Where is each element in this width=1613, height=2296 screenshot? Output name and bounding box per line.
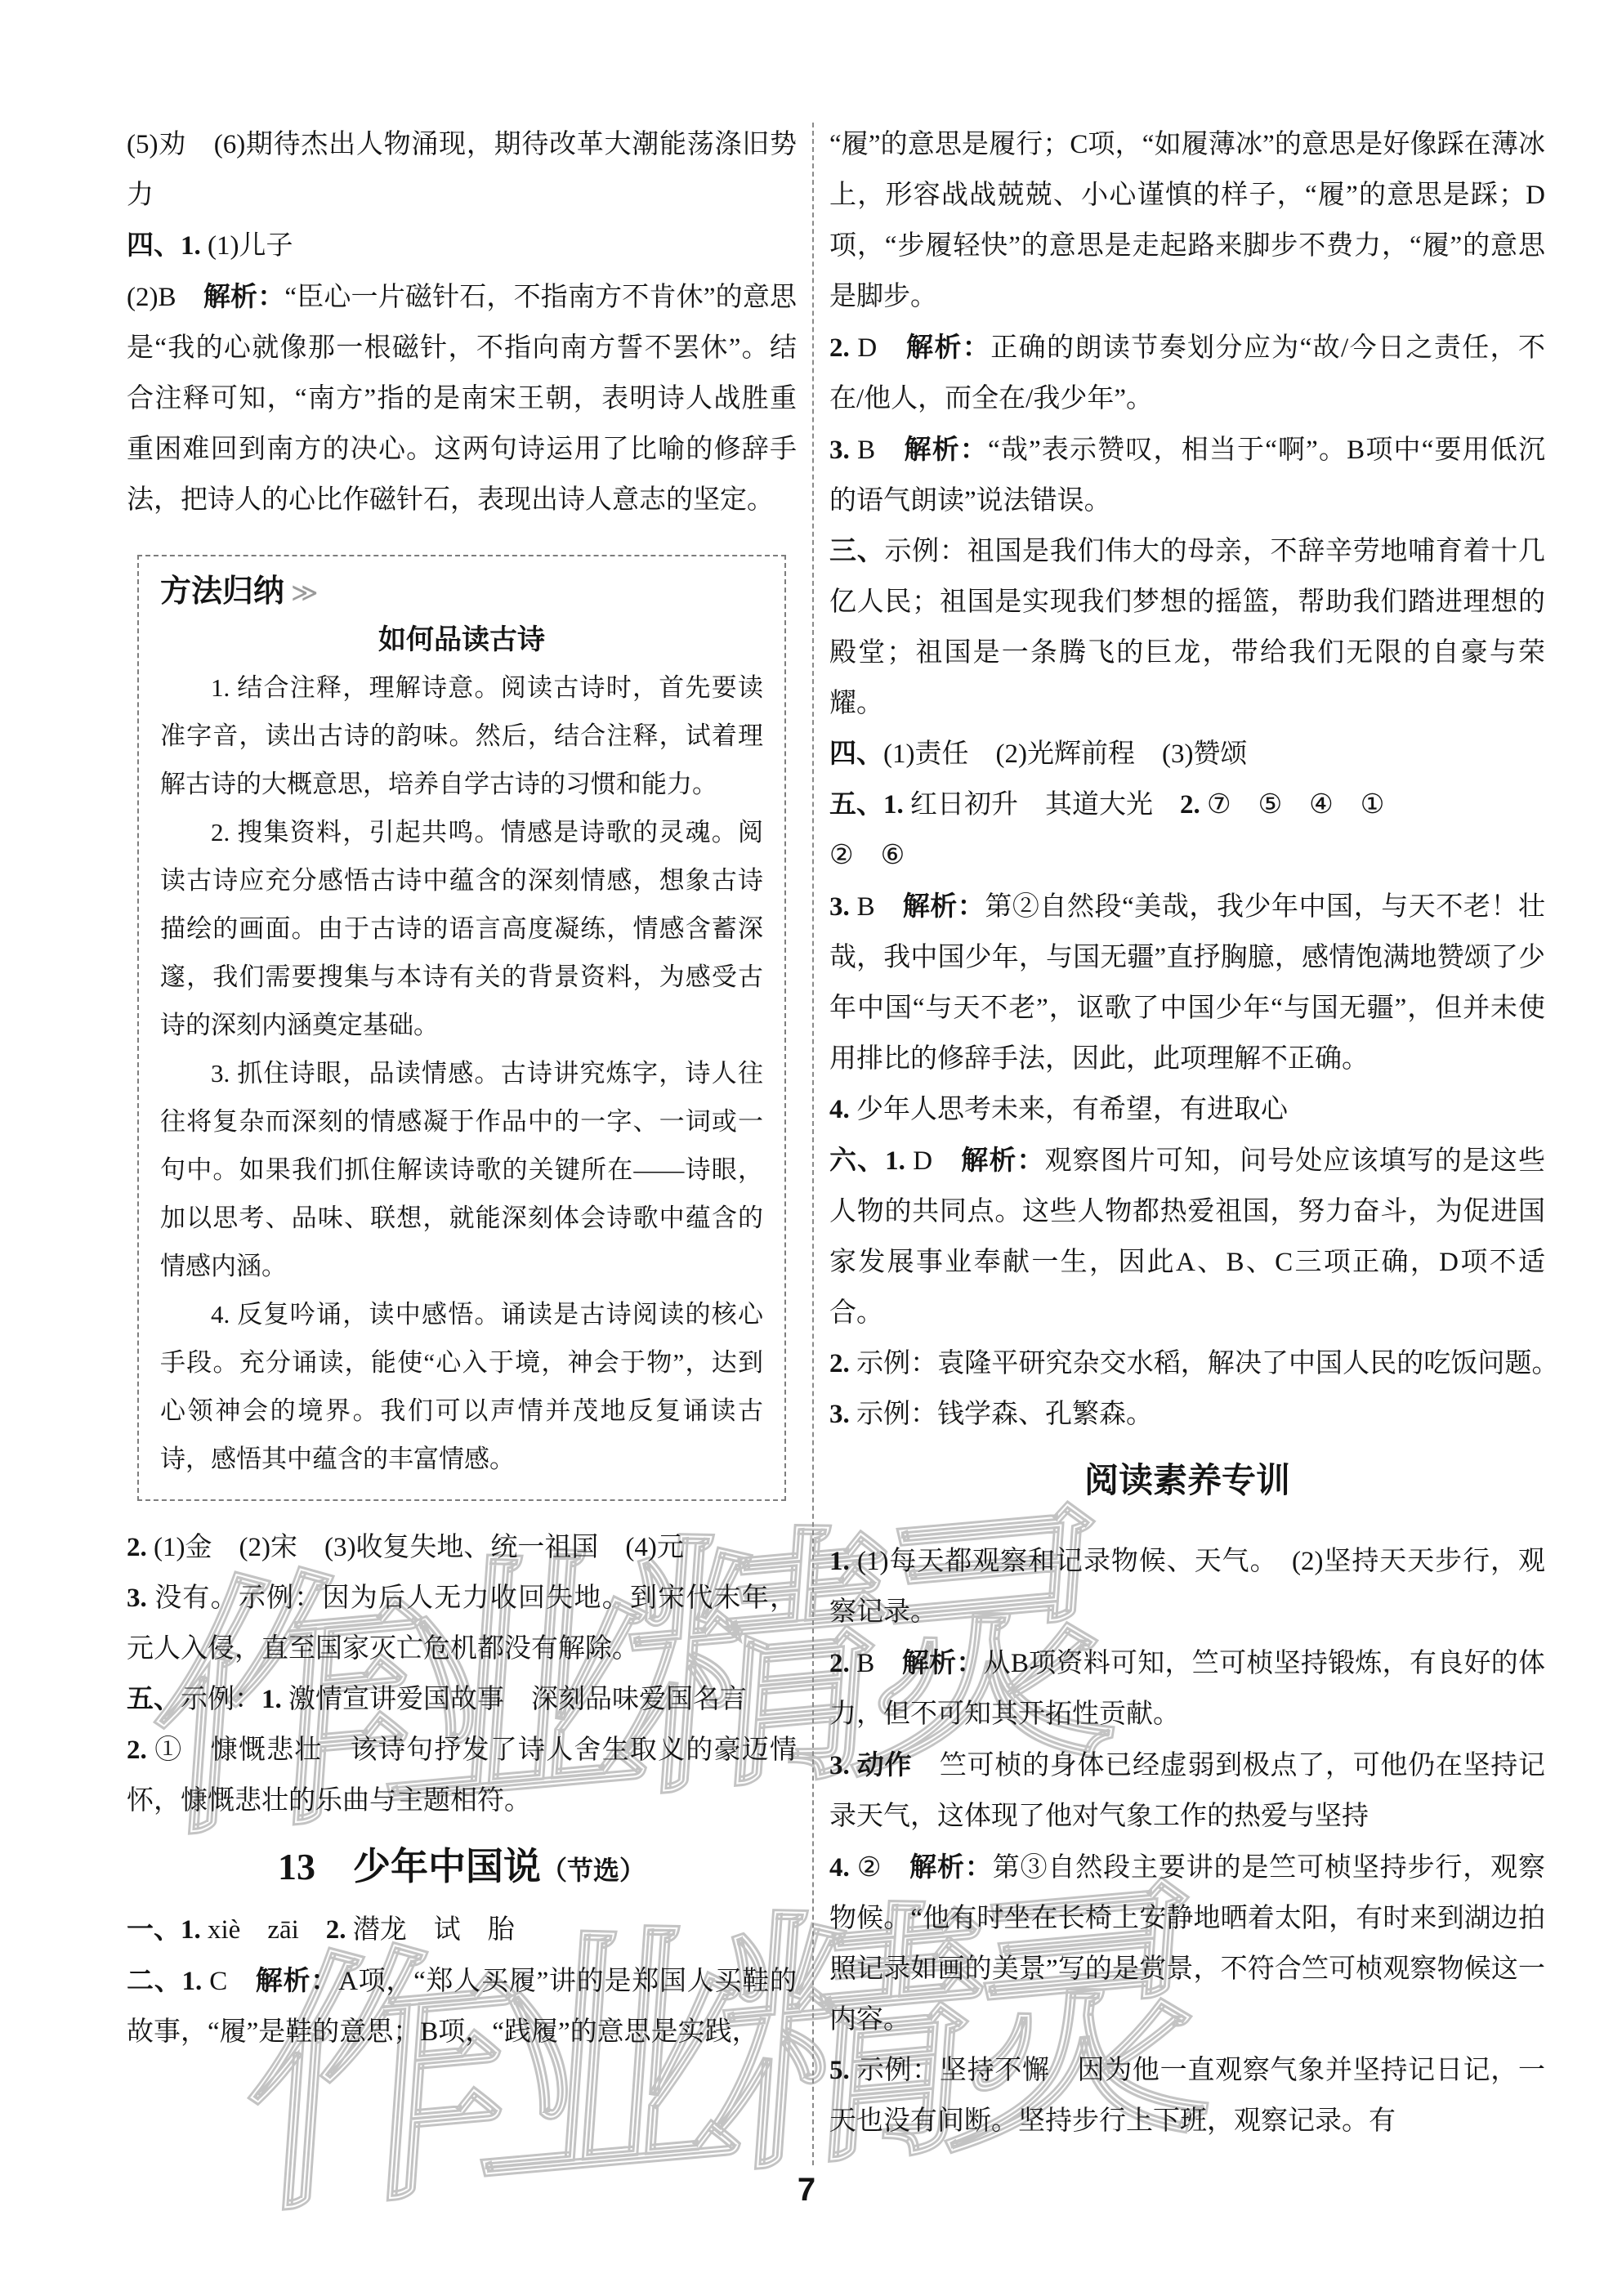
answer-paragraph: 一、1. xiè zāi 2. 潜龙 试 胎 (127, 1905, 797, 1955)
bold-item-number: 5. (829, 2056, 857, 2085)
text-run: 示例：钱学森、孔繁森。 (856, 1400, 1153, 1429)
answer-paragraph: 3. 没有。示例：因为后人无力收回失地。到宋代末年，元人入侵，直至国家灭亡危机都… (127, 1573, 797, 1674)
text-run: (1)每天都观察和记录物候、天气。 (2)坚持天天步行，观察记录。 (829, 1547, 1545, 1627)
text-run: ② ⑥ (829, 841, 905, 870)
answer-paragraph: 1. (1)每天都观察和记录物候、天气。 (2)坚持天天步行，观察记录。 (829, 1536, 1545, 1637)
right-column: “履”的意思是履行；C项，“如履薄冰”的意思是好像踩在薄冰上，形容战战兢兢、小心… (829, 119, 1545, 2146)
page-number: 7 (0, 2172, 1613, 2209)
bold-item-number: 六、1. (829, 1146, 913, 1176)
answer-paragraph: “履”的意思是履行；C项，“如履薄冰”的意思是好像踩在薄冰上，形容战战兢兢、小心… (829, 119, 1545, 322)
answer-paragraph: ② ⑥ (829, 830, 1545, 881)
answer-paragraph: 二、1. C 解析：A项，“郑人买履”讲的是郑国人买鞋的故事，“履”是鞋的意思；… (127, 1955, 797, 2057)
bold-item-number: 2. (829, 1649, 856, 1678)
answer-paragraph: 四、1. (1)儿子 (127, 221, 797, 271)
text-run: 示例：坚持不懈 因为他一直观察气象并坚持记日记，一天也没有间断。坚持步行上下班，… (829, 2056, 1545, 2136)
answer-paragraph: 2. B 解析：从B项资料可知，竺可桢坚持锻炼，有良好的体力，但不可知其开拓性贡… (829, 1637, 1545, 1740)
text-run: (1)责任 (2)光辉前程 (3)赞颂 (883, 739, 1247, 769)
chapter-heading-title: 13 少年中国说 (278, 1846, 541, 1887)
answer-paragraph: 四、(1)责任 (2)光辉前程 (3)赞颂 (829, 729, 1545, 779)
answer-paragraph: 4. 少年人思考未来，有希望，有进取心 (829, 1084, 1545, 1135)
answer-paragraph: 2. D 解析：正确的朗读节奏划分应为“故/今日之责任，不在/他人，而全在/我少… (829, 322, 1545, 424)
section-heading: 阅读素养专训 (829, 1458, 1545, 1503)
bold-item-number: 三、 (829, 537, 884, 566)
bold-sans-label: 解析： (256, 1965, 338, 1995)
bold-item-number: 四、 (829, 739, 883, 769)
method-paragraph: 3. 抓住诗眼，品读情感。古诗讲究炼字，诗人往往将复杂而深刻的情感凝于作品中的一… (160, 1049, 763, 1290)
method-box-title: 方法归纳≫ (160, 568, 763, 616)
bold-item-number: 1. (829, 1547, 857, 1576)
bold-item-number: 2. (326, 1915, 353, 1945)
text-run: 激情宣讲爱国故事 深刻品味爱国名言 (288, 1685, 747, 1714)
bold-item-number: 2. (127, 1533, 154, 1562)
bold-item-number: 2. (127, 1735, 154, 1765)
answer-paragraph: 3. 动作 竺可桢的身体已经虚弱到极点了，可他仍在坚持记录天气，这体现了他对气象… (829, 1740, 1545, 1842)
text-run: “臣心一片磁针石，不指南方不肯休”的意思是“我的心就像那一根磁针，不指向南方誓不… (127, 283, 797, 515)
bold-item-number: 1. (261, 1685, 288, 1714)
text-run: 示例： (181, 1685, 261, 1714)
method-paragraph: 1. 结合注释，理解诗意。阅读古诗时，首先要读准字音，读出古诗的韵味。然后，结合… (160, 663, 763, 808)
text-run: (1)金 (2)宋 (3)收复失地、统一祖国 (4)元 (154, 1533, 684, 1562)
bold-item-number: 3. (829, 1751, 857, 1780)
text-run: 潜龙 试 胎 (353, 1915, 515, 1945)
bold-item-number: 3. (829, 1400, 856, 1429)
bold-sans-label: 解析： (903, 891, 985, 921)
double-chevron-icon: ≫ (291, 578, 319, 607)
bold-sans-label: 解析： (905, 434, 989, 464)
text-run: B (857, 892, 903, 922)
answer-paragraph: 三、示例：祖国是我们伟大的母亲，不辞辛劳地哺育着十几亿人民；祖国是实现我们梦想的… (829, 526, 1545, 729)
bold-item-number: 2. (1180, 790, 1207, 820)
bold-item-number: 3. (127, 1584, 154, 1613)
method-paragraph: 2. 搜集资料，引起共鸣。情感是诗歌的灵魂。阅读古诗应充分感悟古诗中蕴含的深刻情… (160, 808, 763, 1049)
bold-sans-label: 动作 (857, 1749, 912, 1780)
answer-paragraph: 五、示例：1. 激情宣讲爱国故事 深刻品味爱国名言 (127, 1674, 797, 1725)
bold-sans-label: 解析： (906, 332, 990, 362)
bold-item-number: 一、1. (127, 1915, 208, 1945)
column-divider-line (812, 123, 814, 2165)
chapter-heading-subtitle: （节选） (541, 1856, 646, 1885)
bold-item-number: 五、1. (829, 790, 910, 820)
bold-sans-label: 解析： (203, 281, 285, 311)
text-run: (5)劝 (6)期待杰出人物涌现，期待改革大潮能荡涤旧势力 (127, 130, 797, 210)
text-run: D (857, 333, 906, 363)
method-box-subtitle: 如何品读古诗 (160, 616, 763, 663)
text-run: B (857, 436, 904, 465)
text-run: 竺可桢的身体已经虚弱到极点了，可他仍在坚持记录天气，这体现了他对气象工作的热爱与… (829, 1751, 1545, 1831)
answer-paragraph: 5. 示例：坚持不懈 因为他一直观察气象并坚持记日记，一天也没有间断。坚持步行上… (829, 2045, 1545, 2146)
text-run: 没有。示例：因为后人无力收回失地。到宋代末年，元人入侵，直至国家灭亡危机都没有解… (127, 1584, 797, 1664)
left-column: (5)劝 (6)期待杰出人物涌现，期待改革大潮能荡涤旧势力四、1. (1)儿子(… (127, 119, 797, 2057)
method-paragraph: 4. 反复吟诵，读中感悟。诵读是古诗阅读的核心手段。充分诵读，能使“心入于境，神… (160, 1290, 763, 1483)
bold-item-number: 3. (829, 892, 857, 922)
bold-item-number: 五、 (127, 1685, 181, 1714)
bold-item-number: 四、1. (127, 231, 208, 261)
bold-item-number: 4. (829, 1853, 857, 1883)
text-run: 示例：祖国是我们伟大的母亲，不辞辛劳地哺育着十几亿人民；祖国是实现我们梦想的摇篮… (829, 537, 1545, 718)
answer-paragraph: 2. 示例：袁隆平研究杂交水稻，解决了中国人民的吃饭问题。 3. 示例：钱学森、… (829, 1338, 1545, 1440)
text-run: 示例：袁隆平研究杂交水稻，解决了中国人民的吃饭问题。 (856, 1349, 1572, 1378)
text-run: xiè zāi (208, 1915, 326, 1945)
answer-paragraph: (2)B 解析：“臣心一片磁针石，不指南方不肯休”的意思是“我的心就像那一根磁针… (127, 271, 797, 525)
bold-item-number: 二、1. (127, 1967, 209, 1996)
text-run: 红日初升 其道大光 (910, 790, 1180, 820)
answer-paragraph: 3. B 解析：第②自然段“美哉，我少年中国，与天不老！壮哉，我中国少年，与国无… (829, 881, 1545, 1084)
text-run: ② (857, 1853, 909, 1883)
bold-item-number: 2. (829, 333, 857, 363)
text-run: (2)B (127, 283, 203, 312)
answer-paragraph: 五、1. 红日初升 其道大光 2. ⑦ ⑤ ④ ① (829, 779, 1545, 830)
bold-item-number: 3. (829, 436, 857, 465)
bold-sans-label: 解析： (909, 1852, 993, 1882)
text-run: C (209, 1967, 256, 1996)
text-run: B (856, 1649, 902, 1678)
text-run: 少年人思考未来，有希望，有进取心 (856, 1095, 1288, 1124)
bold-item-number: 4. (829, 1095, 856, 1124)
text-run: (1)儿子 (208, 231, 293, 261)
text-run: D (913, 1146, 961, 1176)
method-box-title-text: 方法归纳 (160, 574, 284, 609)
method-summary-box: 方法归纳≫如何品读古诗1. 结合注释，理解诗意。阅读古诗时，首先要读准字音，读出… (137, 555, 786, 1501)
bold-sans-label: 解析： (902, 1647, 984, 1677)
text-run: ① 慷慨悲壮 该诗句抒发了诗人舍生取义的豪迈情怀，慷慨悲壮的乐曲与主题相符。 (127, 1735, 797, 1816)
text-run: “履”的意思是履行；C项，“如履薄冰”的意思是好像踩在薄冰上，形容战战兢兢、小心… (829, 130, 1545, 311)
bold-sans-label: 解析： (961, 1145, 1044, 1175)
answer-paragraph: 六、1. D 解析：观察图片可知，问号处应该填写的是这些人物的共同点。这些人物都… (829, 1135, 1545, 1338)
text-run: ⑦ ⑤ ④ ① (1207, 790, 1384, 820)
answer-paragraph: 2. (1)金 (2)宋 (3)收复失地、统一祖国 (4)元 (127, 1522, 797, 1573)
chapter-heading: 13 少年中国说（节选） (127, 1844, 797, 1893)
answer-paragraph: 2. ① 慷慨悲壮 该诗句抒发了诗人舍生取义的豪迈情怀，慷慨悲壮的乐曲与主题相符… (127, 1725, 797, 1826)
answer-paragraph: 4. ② 解析：第③自然段主要讲的是竺可桢坚持步行，观察物候。“他有时坐在长椅上… (829, 1842, 1545, 2045)
bold-item-number: 2. (829, 1349, 856, 1378)
answer-paragraph: 3. B 解析：“哉”表示赞叹，相当于“啊”。B项中“要用低沉的语气朗读”说法错… (829, 424, 1545, 526)
answer-paragraph: (5)劝 (6)期待杰出人物涌现，期待改革大潮能荡涤旧势力 (127, 119, 797, 221)
